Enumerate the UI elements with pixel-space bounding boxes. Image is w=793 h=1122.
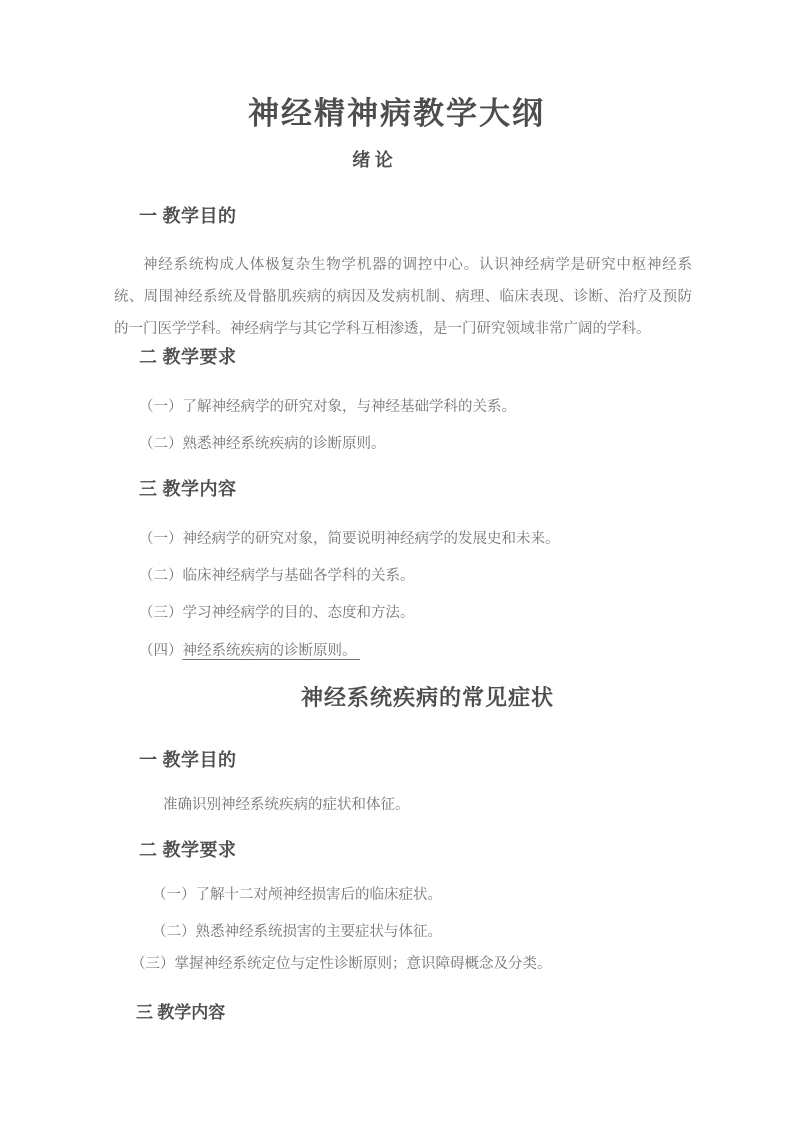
symptoms-purpose-heading: 一 教学目的 (139, 746, 237, 772)
intro-content-item4-label: （四） (139, 643, 183, 659)
intro-content-heading: 三 教学内容 (139, 475, 237, 501)
intro-content-item-underlined: （四）神经系统疾病的诊断原则。 (139, 639, 360, 660)
chapter-intro-subtitle: 绪 论 (0, 146, 745, 172)
intro-content-item: （三）学习神经病学的目的、态度和方法。 (139, 601, 415, 622)
document-page: 神经精神病教学大纲 绪 论 一 教学目的 神经系统构成人体极复杂生物学机器的调控… (0, 0, 793, 1122)
intro-purpose-paragraph: 神经系统构成人体极复杂生物学机器的调控中心。认识神经病学是研究中枢神经系统、周围… (114, 249, 692, 345)
symptoms-requirement-item: （一）了解十二对颅神经损害后的临床症状。 (152, 883, 442, 904)
intro-requirement-item: （一）了解神经病学的研究对象，与神经基础学科的关系。 (139, 395, 516, 416)
intro-requirement-item: （二）熟悉神经系统疾病的诊断原则。 (139, 432, 386, 453)
intro-content-item: （一）神经病学的研究对象，简要说明神经病学的发展史和未来。 (139, 527, 560, 548)
intro-purpose-heading: 一 教学目的 (139, 202, 237, 228)
symptoms-requirements-heading: 二 教学要求 (139, 836, 237, 862)
intro-content-item4-underlined-text: 神经系统疾病的诊断原则。 (183, 643, 361, 659)
symptoms-requirement-item: （二）熟悉神经系统损害的主要症状与体征。 (152, 920, 442, 941)
document-title: 神经精神病教学大纲 (0, 88, 793, 133)
symptoms-purpose-text: 准确识别神经系统疾病的症状和体征。 (163, 793, 410, 814)
symptoms-chapter-title: 神经系统疾病的常见症状 (62, 681, 793, 712)
intro-requirements-heading: 二 教学要求 (139, 343, 237, 369)
intro-content-item: （二）临床神经病学与基础各学科的关系。 (139, 564, 415, 585)
symptoms-content-heading: 三 教学内容 (136, 998, 225, 1023)
symptoms-requirement-item: （三）掌握神经系统定位与定性诊断原则；意识障碍概念及分类。 (131, 952, 552, 973)
